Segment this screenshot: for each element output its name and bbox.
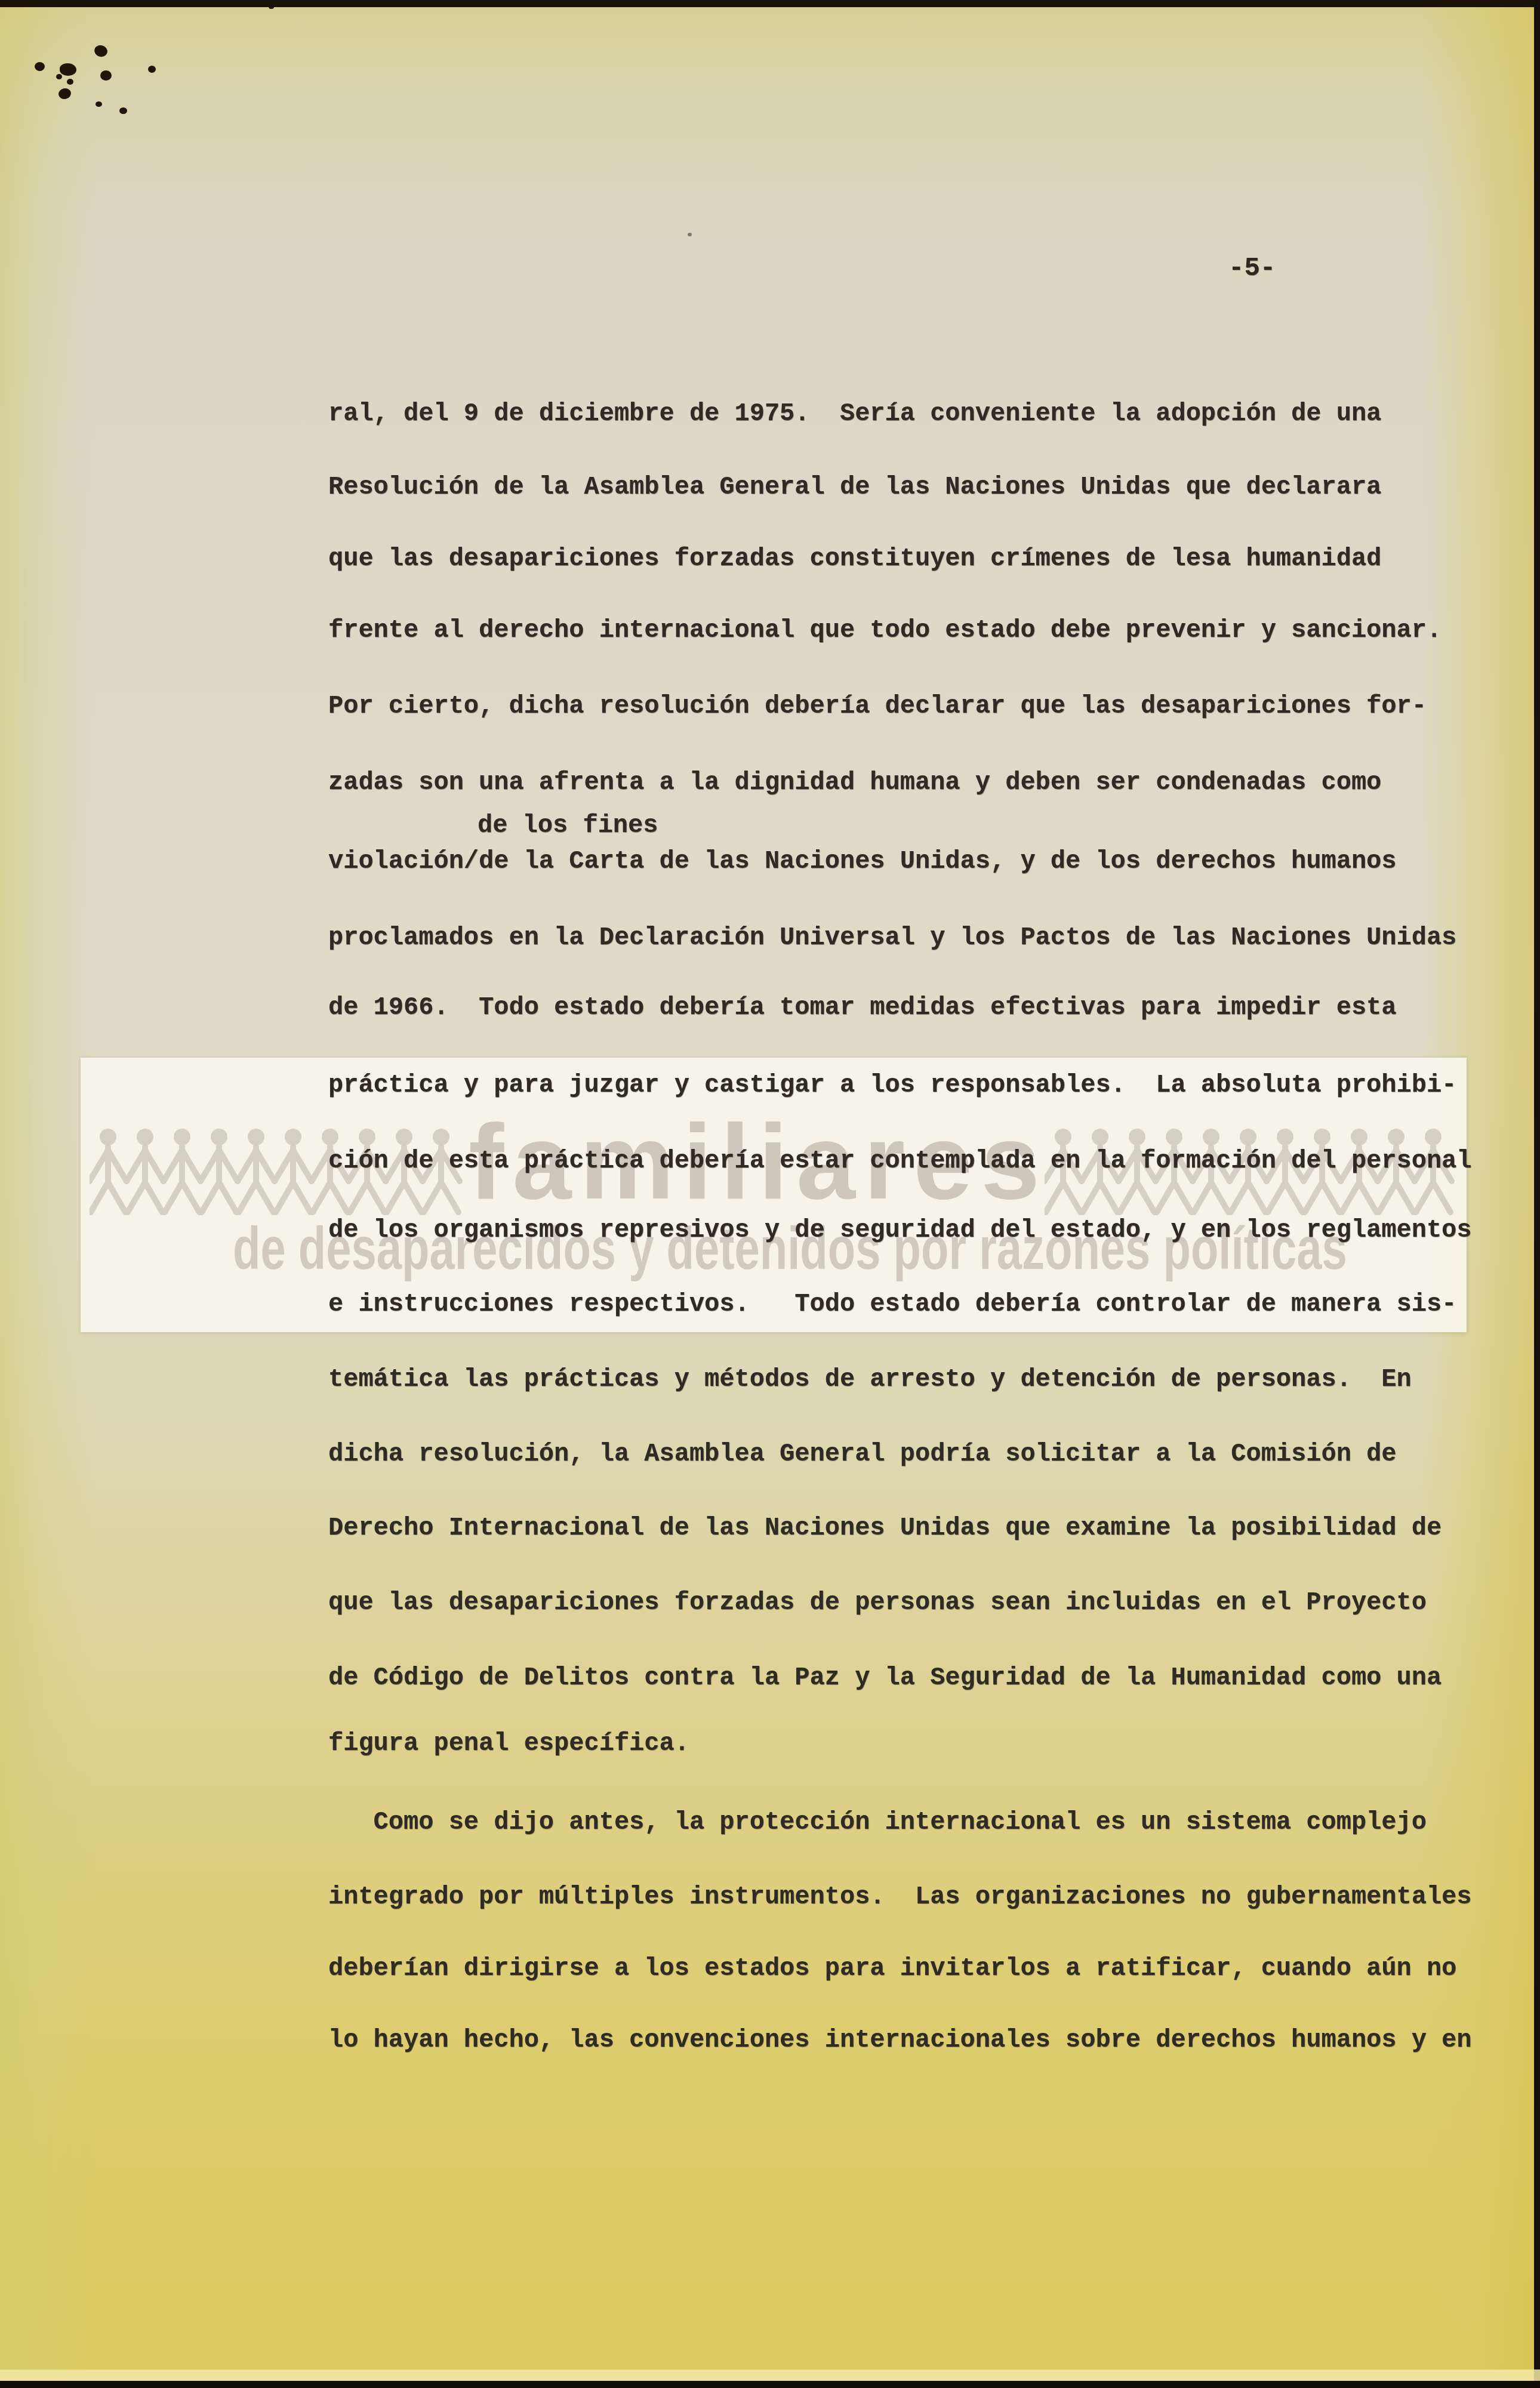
typewritten-line: temática las prácticas y métodos de arre… (328, 1367, 1412, 1392)
typewritten-line: de 1966. Todo estado debería tomar medid… (328, 995, 1397, 1020)
typewritten-line: proclamados en la Declaración Universal … (328, 925, 1456, 950)
scan-edge-right (1534, 0, 1540, 2388)
typewritten-line: e instrucciones respectivos. Todo estado… (328, 1292, 1456, 1317)
typewritten-line: lo hayan hecho, las convenciones interna… (328, 2028, 1472, 2053)
ink-speck (60, 63, 76, 76)
ink-speck (148, 66, 156, 73)
scan-edge-bottom (0, 2381, 1540, 2388)
scan-edge-bottom-highlight (0, 2369, 1540, 2381)
typewritten-line: violación/de la Carta de las Naciones Un… (328, 849, 1397, 874)
typewritten-line: integrado por múltiples instrumentos. La… (328, 1884, 1472, 1909)
typewritten-line: Como se dijo antes, la protección intern… (328, 1810, 1427, 1835)
ink-speck (56, 74, 62, 79)
typewritten-line: ral, del 9 de diciembre de 1975. Sería c… (328, 401, 1381, 426)
document-page: familiares de desaparecidos y detenidos … (0, 0, 1540, 2388)
typewritten-line: práctica y para juzgar y castigar a los … (328, 1073, 1456, 1098)
ink-speck (93, 44, 109, 58)
ink-speck (688, 233, 692, 236)
typewritten-line: que las desapariciones forzadas constitu… (328, 546, 1381, 571)
typewritten-insertion-line: de los fines (478, 813, 658, 838)
ink-speck (100, 70, 112, 81)
typewritten-line: deberían dirigirse a los estados para in… (328, 1956, 1456, 1981)
ink-speck (67, 79, 73, 85)
typewritten-line: Derecho Internacional de las Naciones Un… (328, 1515, 1442, 1540)
typewritten-line: que las desapariciones forzadas de perso… (328, 1590, 1427, 1615)
typewritten-line: dicha resolución, la Asamblea General po… (328, 1441, 1397, 1466)
ink-speck (35, 62, 45, 71)
typewritten-line: Resolución de la Asamblea General de las… (328, 474, 1381, 500)
typewritten-line: ción de esta práctica debería estar cont… (328, 1148, 1472, 1173)
ink-speck (57, 87, 72, 100)
typewritten-line: zadas son una afrenta a la dignidad huma… (328, 770, 1381, 795)
typewritten-line: figura penal específica. (328, 1731, 689, 1756)
typewritten-line: frente al derecho internacional que todo… (328, 618, 1442, 643)
scan-edge-top (0, 0, 1540, 7)
ink-speck (96, 101, 102, 107)
typewritten-line: de los organismos represivos y de seguri… (328, 1218, 1472, 1243)
typewritten-line: de Código de Delitos contra la Paz y la … (328, 1665, 1442, 1690)
ink-speck (119, 107, 127, 114)
page-number: -5- (1228, 254, 1276, 284)
typewritten-line: Por cierto, dicha resolución debería dec… (328, 694, 1427, 719)
